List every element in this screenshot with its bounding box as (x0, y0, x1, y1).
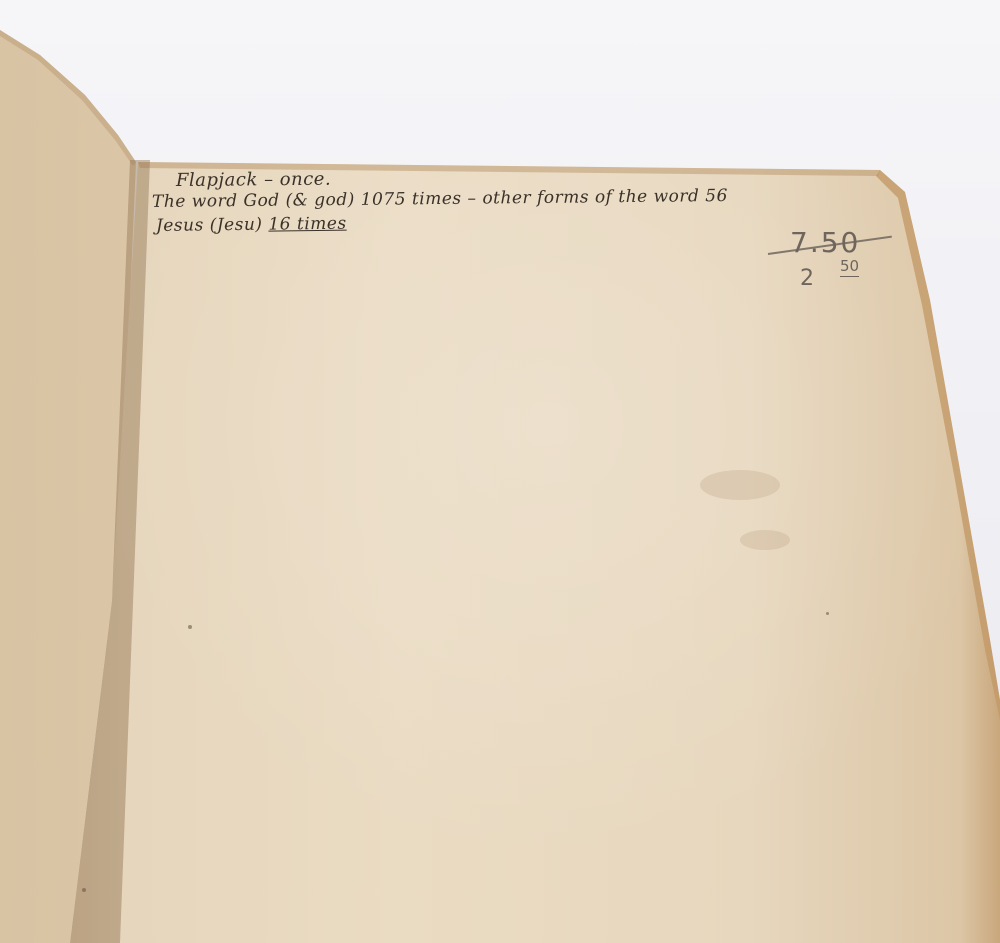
handwritten-note-line-1: Flapjack – once. (176, 169, 331, 191)
new-price-dollars: 2 (800, 266, 814, 291)
page-stain (700, 470, 780, 500)
page-stain (740, 530, 790, 550)
handwritten-note-line-3-count: 16 times (268, 214, 346, 235)
flyleaf-page (0, 0, 1000, 943)
handwritten-note-line-3-prefix: Jesus (Jesu) (156, 215, 269, 236)
book-photo: Flapjack – once. The word God (& god) 10… (0, 0, 1000, 943)
handwritten-note-line-3: Jesus (Jesu) 16 times (156, 214, 347, 236)
page-speck (82, 888, 86, 892)
new-price-cents: 50 (840, 258, 859, 277)
page-speck (188, 625, 192, 629)
page-speck (826, 612, 829, 615)
